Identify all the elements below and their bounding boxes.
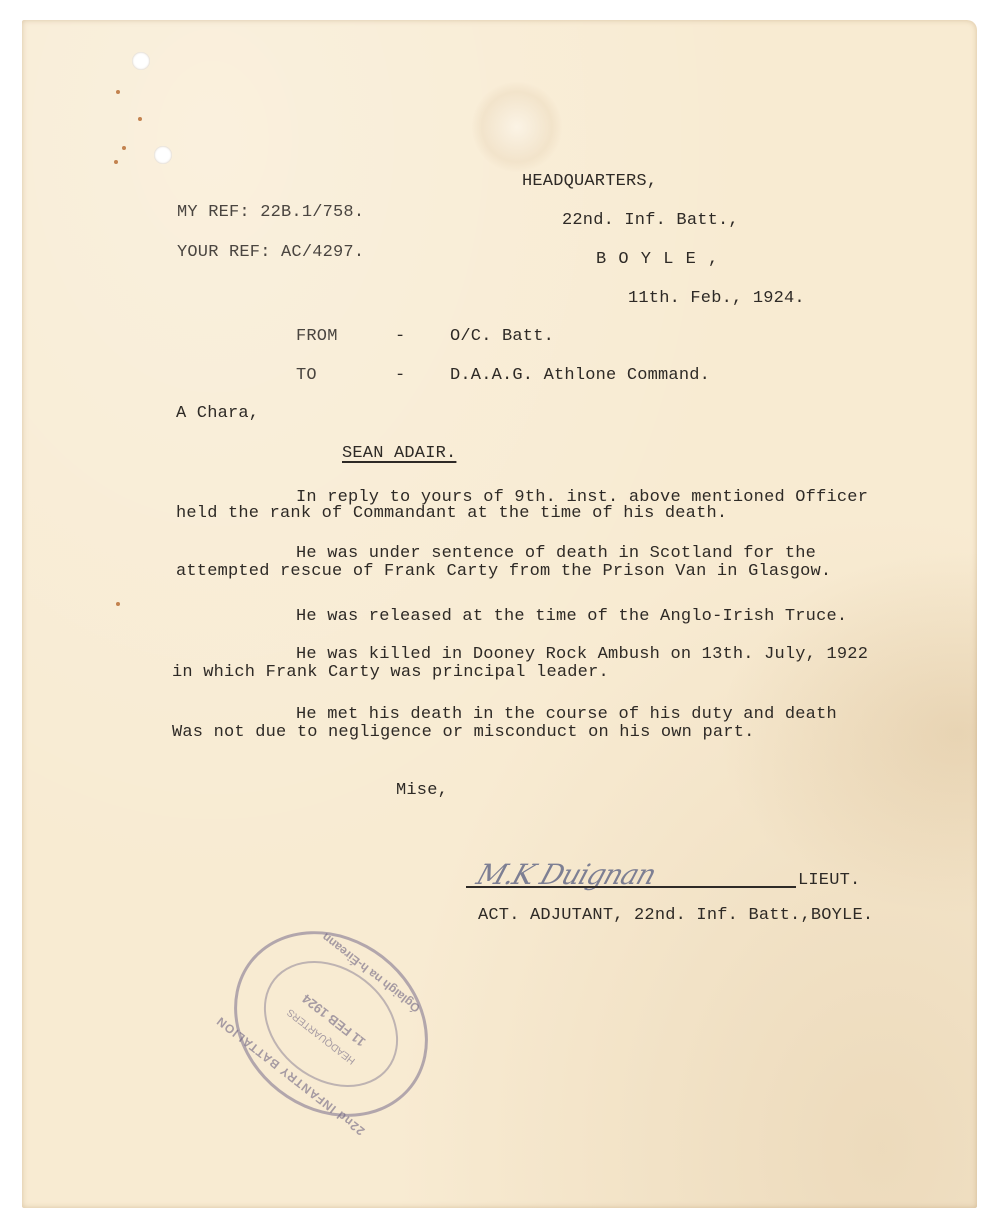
- paragraph-1-line-2: held the rank of Commandant at the time …: [176, 504, 727, 523]
- paragraph-2-line-1: He was under sentence of death in Scotla…: [296, 544, 816, 563]
- rust-spot: [116, 90, 120, 94]
- from-label: FROM: [296, 327, 338, 346]
- closing: Mise,: [396, 781, 448, 800]
- to-value: D.A.A.G. Athlone Command.: [450, 366, 710, 385]
- paragraph-4-line-1: He was killed in Dooney Rock Ambush on 1…: [296, 645, 868, 664]
- from-value: O/C. Batt.: [450, 327, 554, 346]
- my-ref: MY REF: 22B.1/758.: [177, 203, 364, 222]
- rust-spot: [122, 146, 126, 150]
- address-headquarters: HEADQUARTERS,: [522, 172, 657, 191]
- embossed-seal-icon: [472, 82, 562, 172]
- paragraph-5-line-1: He met his death in the course of his du…: [296, 705, 837, 724]
- punch-hole-top: [132, 52, 150, 70]
- punch-hole-bottom: [154, 146, 172, 164]
- paragraph-5-line-2: Was not due to negligence or misconduct …: [172, 723, 755, 742]
- paragraph-4-line-2: in which Frank Carty was principal leade…: [172, 663, 609, 682]
- to-label: TO: [296, 366, 317, 385]
- address-town: B O Y L E ,: [596, 250, 719, 269]
- to-dash: -: [395, 366, 405, 385]
- address-battalion: 22nd. Inf. Batt.,: [562, 211, 739, 230]
- rust-spot: [138, 117, 142, 121]
- salutation: A Chara,: [176, 404, 259, 423]
- letter-date: 11th. Feb., 1924.: [628, 289, 805, 308]
- signature-title: ACT. ADJUTANT, 22nd. Inf. Batt.,BOYLE.: [478, 906, 873, 925]
- rust-spot: [116, 602, 120, 606]
- signature-line: [466, 886, 796, 888]
- from-dash: -: [395, 327, 405, 346]
- signature-rank: LIEUT.: [798, 871, 860, 890]
- your-ref: YOUR REF: AC/4297.: [177, 243, 364, 262]
- rust-spot: [114, 160, 118, 164]
- paragraph-2-line-2: attempted rescue of Frank Carty from the…: [176, 562, 831, 581]
- subject-line: SEAN ADAIR.: [342, 444, 456, 463]
- paragraph-3-line-1: He was released at the time of the Anglo…: [296, 607, 847, 626]
